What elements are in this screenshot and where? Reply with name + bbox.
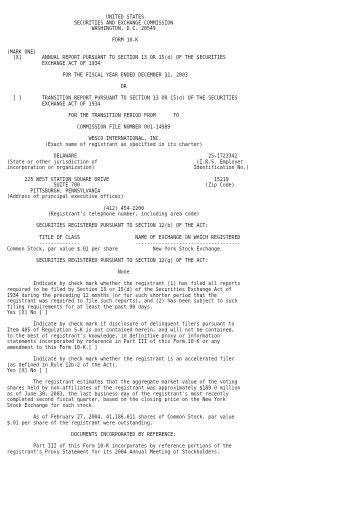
documents-incorporated-heading: DOCUMENTS INCORPORATED BY REFERENCE:	[7, 432, 362, 438]
transition-report-checkbox-line: [ ] TRANSITION REPORT PURSUANT TO SECTIO…	[7, 96, 362, 108]
principal-office-address-block: 225 WEST STATION SQUARE DRIVE 15219 SUIT…	[7, 177, 362, 200]
registrant-name-block: WESCO INTERNATIONAL, INC. (Exact name of…	[7, 136, 362, 148]
market-value-paragraph: The registrant estimates that the aggreg…	[7, 380, 362, 409]
sec-filing-page: UNITED STATES SECURITIES AND EXCHANGE CO…	[0, 0, 362, 512]
accelerated-filer-paragraph: Indicate by check mark whether the regis…	[7, 357, 362, 374]
sec-letterhead: UNITED STATES SECURITIES AND EXCHANGE CO…	[7, 15, 362, 32]
form-title: FORM 10-K	[7, 38, 362, 44]
telephone-block: (412) 454-2200 (Registrant's telephone n…	[7, 206, 362, 218]
filed-reports-paragraph: Indicate by check mark whether the regis…	[7, 281, 362, 316]
commission-file-number-line: COMMISSION FILE NUMBER 001-14989	[7, 125, 362, 131]
section-12b-heading: SECURITIES REGISTERED PURSUANT TO SECTIO…	[7, 223, 362, 229]
section-12b-securities-table: TITLE OF CLASS NAME OF EXCHANGE ON WHICH…	[7, 235, 362, 252]
form-10k-cover-document: UNITED STATES SECURITIES AND EXCHANGE CO…	[0, 0, 362, 455]
mark-one-annual-report-checkbox-line: (MARK ONE) [X] ANNUAL REPORT PURSUANT TO…	[7, 49, 362, 66]
proxy-reference-paragraph: Part III of this Form 10-K incorporates …	[7, 443, 362, 455]
section-12g-heading: SECURITIES REGISTERED PURSUANT TO SECTIO…	[7, 258, 362, 264]
fiscal-year-ended-line: FOR THE FISCAL YEAR ENDED DECEMBER 31, 2…	[7, 72, 362, 78]
section-12g-value: None	[7, 270, 362, 276]
transition-period-line: FOR THE TRANSITION PERIOD FROM TO	[7, 113, 362, 119]
delinquent-filers-paragraph: Indicate by check mark if disclosure of …	[7, 322, 362, 351]
jurisdiction-and-irs-id-block: DELAWARE 25-1723342 (State or other juri…	[7, 154, 362, 171]
or-separator: OR	[7, 84, 362, 90]
shares-outstanding-paragraph: As of February 27, 2004, 41,186,011 shar…	[7, 414, 362, 426]
